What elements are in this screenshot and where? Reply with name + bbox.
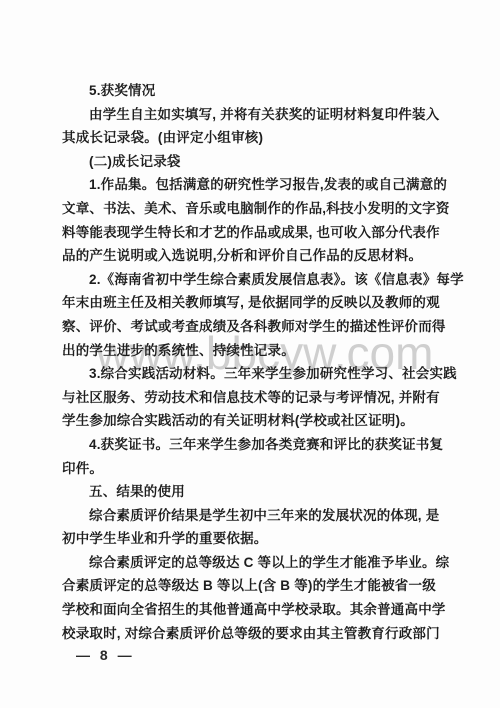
text-line: (二)成长记录袋 (62, 150, 458, 174)
text-line: 出的学生进步的系统性、持续性记录。 (62, 339, 458, 363)
text-line: 学校和面向全省招生的其他普通高中学校录取。其余普通高中学 (62, 598, 458, 622)
document-page: www.bbcyw.com 5.获奖情况由学生自主如实填写, 并将有关获奖的证明… (0, 0, 500, 708)
text-line: 五、结果的使用 (62, 480, 458, 504)
text-line: 5.获奖情况 (62, 79, 458, 103)
text-line: 综合素质评定的总等级达 C 等以上的学生才能准予毕业。综 (62, 551, 458, 575)
page-number: — 8 — (76, 644, 135, 668)
text-line: 察、评价、考试或考查成绩及各科教师对学生的描述性评价而得 (62, 315, 458, 339)
text-line: 初中学生毕业和升学的重要依据。 (62, 527, 458, 551)
text-line: 料等能表现学生特长和才艺的作品或成果, 也可收入部分代表作 (62, 221, 458, 245)
text-line: 学生参加综合实践活动的有关证明材料(学校或社区证明)。 (62, 409, 458, 433)
text-line: 与社区服务、劳动技术和信息技术等的记录与考评情况, 并附有 (62, 386, 458, 410)
text-line: 品的产生说明或入选说明,分析和评价自己作品的反思材料。 (62, 244, 458, 268)
text-line: 文章、书法、美术、音乐或电脑制作的作品,科技小发明的文字资 (62, 197, 458, 221)
text-line: 其成长记录袋。(由评定小组审核) (62, 126, 458, 150)
text-line: 3.综合实践活动材料。三年来学生参加研究性学习、社会实践 (62, 362, 458, 386)
document-body: 5.获奖情况由学生自主如实填写, 并将有关获奖的证明材料复印件装入其成长记录袋。… (62, 79, 458, 645)
text-line: 1.作品集。包括满意的研究性学习报告,发表的或自己满意的 (62, 173, 458, 197)
text-line: 4.获奖证书。三年来学生参加各类竞赛和评比的获奖证书复 (62, 433, 458, 457)
text-line: 年末由班主任及相关教师填写, 是依据同学的反映以及教师的观 (62, 291, 458, 315)
text-line: 2.《海南省初中学生综合素质发展信息表》。该《信息表》每学 (62, 268, 458, 292)
text-line: 综合素质评价结果是学生初中三年来的发展状况的体现, 是 (62, 504, 458, 528)
text-line: 合素质评定的总等级达 B 等以上(含 B 等)的学生才能被省一级 (62, 574, 458, 598)
text-line: 由学生自主如实填写, 并将有关获奖的证明材料复印件装入 (62, 103, 458, 127)
text-line: 印件。 (62, 457, 458, 481)
text-line: 校录取时, 对综合素质评价总等级的要求由其主管教育行政部门 (62, 622, 458, 646)
